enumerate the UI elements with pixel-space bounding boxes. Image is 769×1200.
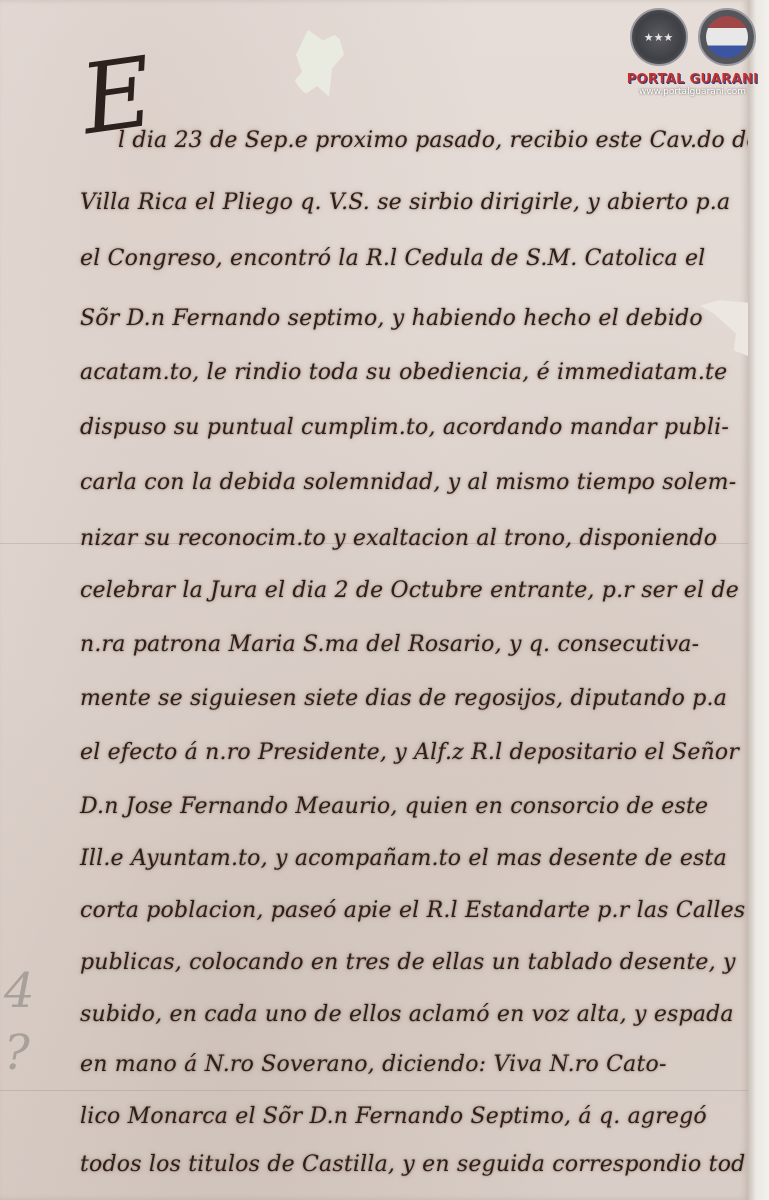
paraguay-flag-seal-icon [698, 8, 756, 66]
manuscript-line-16: publicas, colocando en tres de ellas un … [80, 950, 750, 976]
seal-stars: ★★★ [644, 31, 674, 44]
watermark-url: www.portalguarani.com [620, 87, 765, 97]
manuscript-line-10: n.ra patrona Maria S.ma del Rosario, y q… [80, 632, 750, 658]
manuscript-line-7: carla con la debida solemnidad, y al mis… [80, 470, 750, 496]
manuscript-line-6: dispuso su puntual cumplim.to, acordando… [80, 415, 750, 441]
background-edge [748, 0, 769, 1200]
manuscript-line-13: D.n Jose Fernando Meaurio, quien en cons… [80, 794, 750, 820]
three-stars-seal-icon: ★★★ [630, 8, 688, 66]
manuscript-line-17: subido, en cada uno de ellos aclamó en v… [80, 1002, 750, 1028]
manuscript-page: E 4 ? l dia 23 de Sep.e proximo pasado, … [0, 0, 748, 1200]
manuscript-line-18: en mano á N.ro Soverano, diciendo: Viva … [80, 1052, 750, 1078]
manuscript-line-15: corta poblacion, paseó apie el R.l Estan… [80, 898, 750, 924]
manuscript-line-1: l dia 23 de Sep.e proximo pasado, recibi… [118, 128, 769, 154]
manuscript-line-8: nizar su reconocim.to y exaltacion al tr… [80, 526, 750, 552]
manuscript-line-5: acatam.to, le rindio toda su obediencia,… [80, 360, 750, 386]
manuscript-line-20: todos los titulos de Castilla, y en segu… [80, 1152, 750, 1178]
manuscript-line-4: Sõr D.n Fernando septimo, y habiendo hec… [80, 306, 750, 332]
manuscript-line-9: celebrar la Jura el dia 2 de Octubre ent… [80, 578, 750, 604]
margin-pencil-note: 4 ? [4, 960, 54, 1110]
watermark-title: PORTAL GUARANI [620, 72, 765, 87]
manuscript-line-2: Villa Rica el Pliego q. V.S. se sirbio d… [80, 190, 750, 216]
manuscript-line-14: Ill.e Ayuntam.to, y acompañam.to el mas … [80, 846, 750, 872]
manuscript-line-12: el efecto á n.ro Presidente, y Alf.z R.l… [80, 740, 750, 766]
manuscript-line-3: el Congreso, encontró la R.l Cedula de S… [80, 246, 750, 272]
manuscript-line-19: lico Monarca el Sõr D.n Fernando Septimo… [80, 1104, 750, 1130]
paper-hole-stain [290, 30, 350, 100]
fold-line [0, 1090, 748, 1091]
portal-guarani-watermark: ★★★ PORTAL GUARANI www.portalguarani.com [620, 8, 765, 108]
manuscript-line-11: mente se siguiesen siete dias de regosij… [80, 686, 750, 712]
